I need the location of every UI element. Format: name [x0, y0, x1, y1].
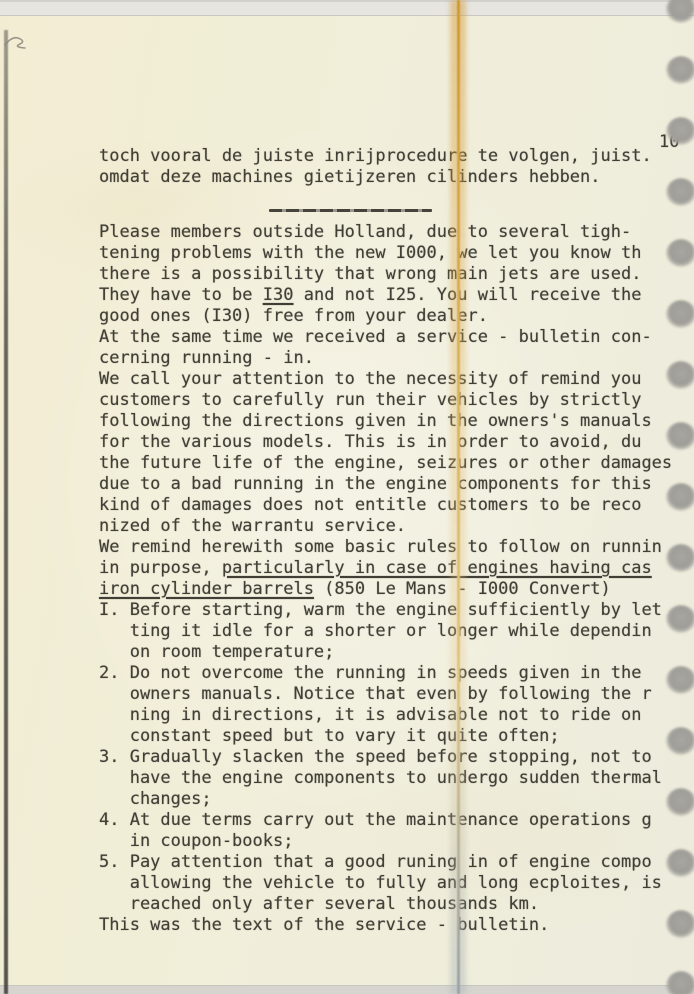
text-segment: for the various models. This is in order…	[99, 432, 641, 452]
text-segment: and not I25. You will receive the	[293, 285, 641, 305]
text-line: Please members outside Holland, due to s…	[99, 222, 679, 243]
text-line: nized of the warrantu service.	[99, 516, 679, 537]
text-line: 3. Gradually slacken the speed before st…	[99, 747, 679, 768]
text-segment: (850 Le Mans - I000 Convert)	[314, 579, 611, 599]
typed-separator-rule	[269, 209, 432, 212]
scan-top-edge	[0, 0, 694, 16]
text-line: in coupon-books;	[99, 831, 679, 852]
text-segment: 4. At due terms carry out the maintenanc…	[99, 810, 652, 830]
text-line: This was the text of the service - bulle…	[99, 915, 679, 936]
text-segment: have the engine components to undergo su…	[99, 768, 662, 788]
text-line: for the various models. This is in order…	[99, 432, 679, 453]
text-segment: This was the text of the service - bulle…	[99, 915, 549, 935]
underlined-text-segment: iron cylinder barrels	[99, 579, 314, 599]
separator-rule-line	[99, 188, 679, 222]
text-segment: in purpose,	[99, 558, 222, 578]
text-segment: tening problems with the new I000, we le…	[99, 243, 641, 263]
text-line: on room temperature;	[99, 642, 679, 663]
text-segment: Please members outside Holland, due to s…	[99, 222, 631, 242]
text-line: cerning running - in.	[99, 348, 679, 369]
text-line: tening problems with the new I000, we le…	[99, 243, 679, 264]
text-segment: ting it idle for a shorter or longer whi…	[99, 621, 652, 641]
text-line: there is a possibility that wrong main j…	[99, 264, 679, 285]
text-line: 5. Pay attention that a good runing in o…	[99, 852, 679, 873]
text-segment: They have to be	[99, 285, 263, 305]
text-line: We remind herewith some basic rules to f…	[99, 537, 679, 558]
text-segment: toch vooral de juiste inrijprocedure te …	[99, 146, 652, 166]
text-segment: customers to carefully run their vehicle…	[99, 390, 641, 410]
underlined-text-segment: particularly in case of engines having c…	[222, 558, 652, 578]
underlined-text-segment: I30	[263, 285, 294, 305]
text-line: owners manuals. Notice that even by foll…	[99, 684, 679, 705]
text-segment: reached only after several thousands km.	[99, 894, 539, 914]
text-line: We call your attention to the necessity …	[99, 369, 679, 390]
text-line: toch vooral de juiste inrijprocedure te …	[99, 146, 679, 167]
text-line: constant speed but to vary it quite ofte…	[99, 726, 679, 747]
text-segment: kind of damages does not entitle custome…	[99, 495, 641, 515]
text-line: have the engine components to undergo su…	[99, 768, 679, 789]
text-line: kind of damages does not entitle custome…	[99, 495, 679, 516]
text-line: ting it idle for a shorter or longer whi…	[99, 621, 679, 642]
text-line: They have to be I30 and not I25. You wil…	[99, 285, 679, 306]
text-segment: in coupon-books;	[99, 831, 293, 851]
text-segment: nized of the warrantu service.	[99, 516, 406, 536]
text-line: 2. Do not overcome the running in speeds…	[99, 663, 679, 684]
text-segment: owners manuals. Notice that even by foll…	[99, 684, 652, 704]
typewritten-document-body: toch vooral de juiste inrijprocedure te …	[99, 146, 679, 936]
text-line: 4. At due terms carry out the maintenanc…	[99, 810, 679, 831]
text-line: in purpose, particularly in case of engi…	[99, 558, 679, 579]
text-line: due to a bad running in the engine compo…	[99, 474, 679, 495]
scan-bottom-edge	[0, 985, 694, 994]
text-line: omdat deze machines gietijzeren cilinder…	[99, 167, 679, 188]
text-segment: We call your attention to the necessity …	[99, 369, 641, 389]
text-segment: the future life of the engine, seizures …	[99, 453, 672, 473]
text-segment: constant speed but to vary it quite ofte…	[99, 726, 560, 746]
text-segment: I. Before starting, warm the engine suff…	[99, 600, 662, 620]
text-segment: allowing the vehicle to fully and long e…	[99, 873, 662, 893]
text-segment: changes;	[99, 789, 212, 809]
text-segment: good ones (I30) free from your dealer.	[99, 306, 488, 326]
text-segment: due to a bad running in the engine compo…	[99, 474, 652, 494]
text-line: ning in directions, it is advisable not …	[99, 705, 679, 726]
text-line: changes;	[99, 789, 679, 810]
text-segment: 5. Pay attention that a good runing in o…	[99, 852, 652, 872]
page-left-edge-shadow	[4, 30, 8, 994]
text-segment: there is a possibility that wrong main j…	[99, 264, 641, 284]
text-segment: ning in directions, it is advisable not …	[99, 705, 641, 725]
text-segment: on room temperature;	[99, 642, 334, 662]
text-segment: cerning running - in.	[99, 348, 314, 368]
text-line: reached only after several thousands km.	[99, 894, 679, 915]
text-line: the future life of the engine, seizures …	[99, 453, 679, 474]
text-line: good ones (I30) free from your dealer.	[99, 306, 679, 327]
text-line: customers to carefully run their vehicle…	[99, 390, 679, 411]
text-segment: We remind herewith some basic rules to f…	[99, 537, 662, 557]
text-line: iron cylinder barrels (850 Le Mans - I00…	[99, 579, 679, 600]
text-line: following the directions given in the ow…	[99, 411, 679, 432]
text-segment: omdat deze machines gietijzeren cilinder…	[99, 167, 601, 187]
text-segment: following the directions given in the ow…	[99, 411, 652, 431]
text-line: At the same time we received a service -…	[99, 327, 679, 348]
text-segment: 2. Do not overcome the running in speeds…	[99, 663, 641, 683]
text-segment: 3. Gradually slacken the speed before st…	[99, 747, 652, 767]
corner-scribble-mark	[3, 30, 45, 60]
text-line: I. Before starting, warm the engine suff…	[99, 600, 679, 621]
text-line: allowing the vehicle to fully and long e…	[99, 873, 679, 894]
text-segment: At the same time we received a service -…	[99, 327, 652, 347]
